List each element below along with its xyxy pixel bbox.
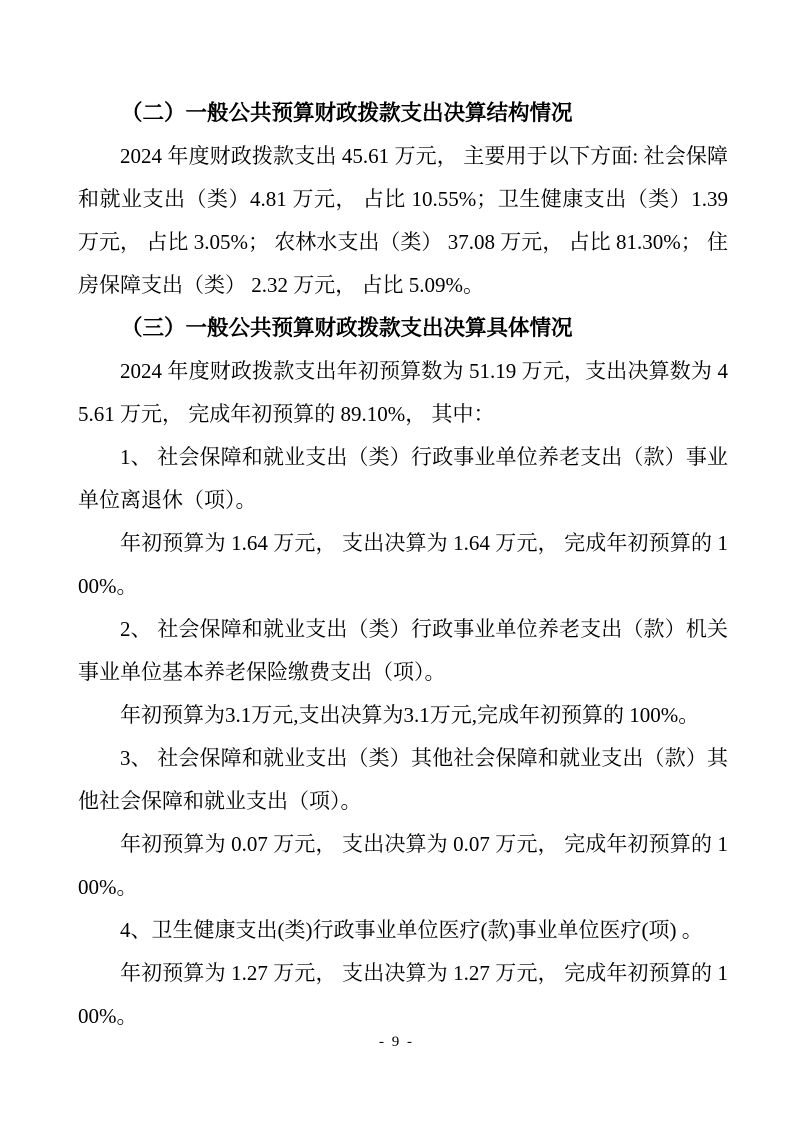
item-4-title-paragraph: 4、卫生健康支出(类)行政事业单位医疗(款)事业单位医疗(项) 。 — [78, 909, 728, 952]
expenditure-structure-paragraph: 2024 年度财政拨款支出 45.61 万元， 主要用于以下方面: 社会保障和就… — [78, 135, 728, 307]
item-2-budget-paragraph: 年初预算为3.1万元,支出决算为3.1万元,完成年初预算的 100%。 — [78, 694, 728, 737]
document-page: （二）一般公共预算财政拨款支出决算结构情况 2024 年度财政拨款支出 45.6… — [0, 0, 793, 1122]
item-4-budget-paragraph: 年初预算为 1.27 万元， 支出决算为 1.27 万元， 完成年初预算的 10… — [78, 952, 728, 1038]
item-3-budget-paragraph: 年初预算为 0.07 万元， 支出决算为 0.07 万元， 完成年初预算的 10… — [78, 823, 728, 909]
item-2-title-paragraph: 2、 社会保障和就业支出（类）行政事业单位养老支出（款）机关事业单位基本养老保险… — [78, 608, 728, 694]
document-body: （二）一般公共预算财政拨款支出决算结构情况 2024 年度财政拨款支出 45.6… — [78, 92, 728, 1038]
item-1-budget-paragraph: 年初预算为 1.64 万元， 支出决算为 1.64 万元， 完成年初预算的 10… — [78, 522, 728, 608]
section-heading-3: （三）一般公共预算财政拨款支出决算具体情况 — [78, 307, 728, 350]
page-number: - 9 - — [0, 1031, 793, 1053]
budget-summary-paragraph: 2024 年度财政拨款支出年初预算数为 51.19 万元，支出决算数为 45.6… — [78, 350, 728, 436]
item-1-title-paragraph: 1、 社会保障和就业支出（类）行政事业单位养老支出（款）事业单位离退休（项）。 — [78, 436, 728, 522]
item-3-title-paragraph: 3、 社会保障和就业支出（类）其他社会保障和就业支出（款）其他社会保障和就业支出… — [78, 737, 728, 823]
section-heading-2: （二）一般公共预算财政拨款支出决算结构情况 — [78, 92, 728, 135]
